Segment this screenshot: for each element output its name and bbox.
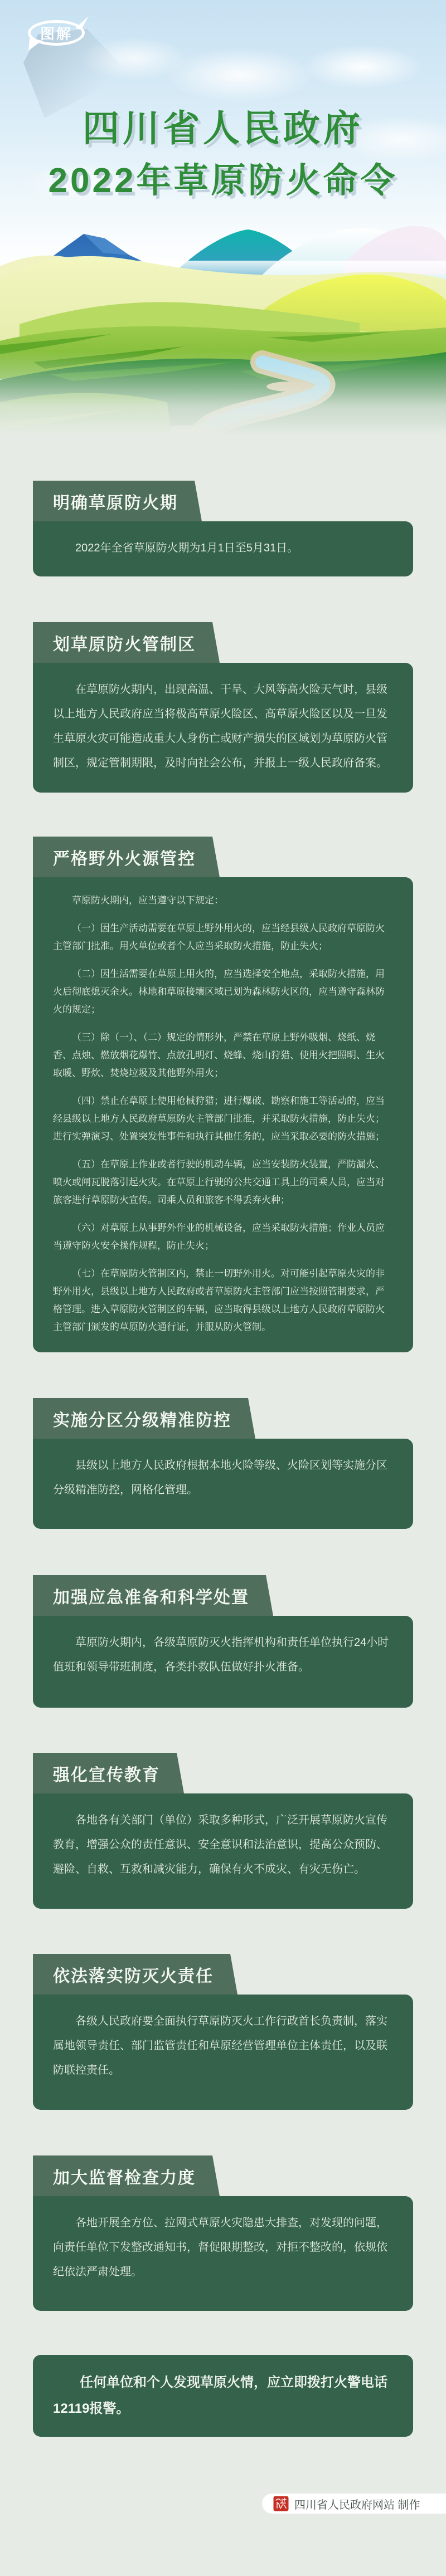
section-2: 划草原防火管制区 在草原防火期内，出现高温、干旱、大风等高火险天气时，县级以上地…	[33, 622, 413, 793]
section-body: 各级人民政府要全面执行草原防灭火工作行政首长负责制，落实属地领导责任、部门监管责…	[33, 1995, 413, 2110]
body-paragraph: 各地开展全方位、拉网式草原火灾隐患大排查，对发现的问题，向责任单位下发整改通知书…	[53, 2211, 391, 2284]
section-header: 加强应急准备和科学处置	[33, 1575, 273, 1616]
poster-page: 图解 四川省人民政府 2022年草原防火命令	[0, 0, 446, 2576]
gov-seal-icon	[273, 2496, 289, 2511]
section-7: 依法落实防灭火责任 各级人民政府要全面执行草原防灭火工作行政首长负责制，落实属地…	[33, 1954, 413, 2110]
body-paragraph: 2022年全省草原防火期为1月1日至5月31日。	[53, 536, 391, 560]
body-paragraph: （四）禁止在草原上使用枪械狩猎；进行爆破、勘察和施工等活动的，应当经县级以上地方…	[53, 1092, 391, 1146]
section-title: 严格野外火源管控	[53, 845, 196, 869]
body-paragraph: （七）在草原防火管制区内，禁止一切野外用火。对可能引起草原火灾的非野外用火，县级…	[53, 1265, 391, 1336]
body-paragraph: 草原防火期内，应当遵守以下规定：	[53, 892, 391, 910]
section-header-wrap: 加强应急准备和科学处置	[33, 1575, 413, 1616]
section-title: 加强应急准备和科学处置	[53, 1583, 249, 1608]
section-8: 加大监督检查力度 各地开展全方位、拉网式草原火灾隐患大排查，对发现的问题，向责任…	[33, 2155, 413, 2311]
section-header-wrap: 划草原防火管制区	[33, 622, 413, 663]
section-body: 草原防火期内，应当遵守以下规定：（一）因生产活动需要在草原上野外用火的，应当经县…	[33, 877, 413, 1352]
section-body: 在草原防火期内，出现高温、干旱、大风等高火险天气时，县级以上地方人民政府应当将极…	[33, 663, 413, 793]
body-paragraph: （六）对草原上从事野外作业的机械设备，应当采取防火措施；作业人员应当遵守防火安全…	[53, 1219, 391, 1255]
body-paragraph: 在草原防火期内，出现高温、干旱、大风等高火险天气时，县级以上地方人民政府应当将极…	[53, 677, 391, 775]
section-5: 加强应急准备和科学处置 草原防火期内，各级草原防灭火指挥机构和责任单位执行24小…	[33, 1575, 413, 1708]
section-header-wrap: 严格野外火源管控	[33, 837, 413, 877]
title-line-2: 2022年草原防火命令	[0, 154, 446, 208]
section-header: 强化宣传教育	[33, 1753, 184, 1793]
body-paragraph: 各地各有关部门（单位）采取多种形式，广泛开展草原防火宣传教育，增强公众的责任意识…	[53, 1808, 391, 1881]
section-header: 划草原防火管制区	[33, 622, 220, 663]
body-paragraph: 各级人民政府要全面执行草原防灭火工作行政首长负责制，落实属地领导责任、部门监管责…	[53, 2009, 391, 2083]
section-1: 明确草原防火期 2022年全省草原防火期为1月1日至5月31日。	[33, 481, 413, 576]
body-paragraph: （一）因生产活动需要在草原上野外用火的，应当经县级人民政府草原防火主管部门批准。…	[53, 920, 391, 955]
landscape-fade	[0, 351, 446, 451]
section-header: 实施分区分级精准防控	[33, 1398, 255, 1439]
section-header-wrap: 强化宣传教育	[33, 1753, 413, 1793]
section-header: 严格野外火源管控	[33, 837, 220, 877]
notice-box: 任何单位和个人发现草原火情，应立即拨打火警电话12119报警。	[33, 2355, 413, 2437]
footer-credit: 四川省人民政府网站 制作	[262, 2494, 446, 2514]
section-header-wrap: 明确草原防火期	[33, 481, 413, 521]
poster-title: 四川省人民政府 2022年草原防火命令	[0, 102, 446, 208]
section-header-wrap: 依法落实防灭火责任	[33, 1954, 413, 1995]
body-paragraph: 县级以上地方人民政府根据本地火险等级、火险区划等实施分区分级精准防控，网格化管理…	[53, 1453, 391, 1502]
section-header: 加大监督检查力度	[33, 2155, 220, 2196]
section-title: 明确草原防火期	[53, 489, 178, 514]
body-paragraph: （三）除（一）、（二）规定的情形外，严禁在草原上野外吸烟、烧纸、烧香、点烛、燃放…	[53, 1029, 391, 1082]
body-paragraph: （五）在草原上作业或者行驶的机动车辆，应当安装防火装置，严防漏火、喷火或闸瓦脱落…	[53, 1156, 391, 1209]
section-body: 县级以上地方人民政府根据本地火险等级、火险区划等实施分区分级精准防控，网格化管理…	[33, 1439, 413, 1529]
section-body: 草原防火期内，各级草原防灭火指挥机构和责任单位执行24小时值班和领导带班制度，各…	[33, 1616, 413, 1708]
body-paragraph: （二）因生活需要在草原上用火的，应当选择安全地点，采取防火措施，用火后彻底熄灭余…	[53, 965, 391, 1019]
section-header: 依法落实防灭火责任	[33, 1954, 237, 1995]
badge-label: 图解	[40, 23, 72, 43]
section-body: 各地各有关部门（单位）采取多种形式，广泛开展草原防火宣传教育，增强公众的责任意识…	[33, 1793, 413, 1909]
section-3: 严格野外火源管控 草原防火期内，应当遵守以下规定：（一）因生产活动需要在草原上野…	[33, 837, 413, 1352]
section-title: 强化宣传教育	[53, 1761, 160, 1786]
section-title: 划草原防火管制区	[53, 630, 196, 655]
section-header-wrap: 加大监督检查力度	[33, 2155, 413, 2196]
section-title: 依法落实防灭火责任	[53, 1962, 214, 1987]
section-title: 实施分区分级精准防控	[53, 1406, 231, 1431]
section-body: 各地开展全方位、拉网式草原火灾隐患大排查，对发现的问题，向责任单位下发整改通知书…	[33, 2196, 413, 2311]
section-body: 2022年全省草原防火期为1月1日至5月31日。	[33, 521, 413, 576]
tujie-badge: 图解	[28, 20, 85, 46]
section-header-wrap: 实施分区分级精准防控	[33, 1398, 413, 1439]
section-6: 强化宣传教育 各地各有关部门（单位）采取多种形式，广泛开展草原防火宣传教育，增强…	[33, 1753, 413, 1909]
footer-text: 四川省人民政府网站 制作	[294, 2496, 420, 2512]
section-title: 加大监督检查力度	[53, 2164, 196, 2188]
title-line-1: 四川省人民政府	[0, 102, 446, 154]
body-paragraph: 草原防火期内，各级草原防灭火指挥机构和责任单位执行24小时值班和领导带班制度，各…	[53, 1630, 391, 1679]
section-header: 明确草原防火期	[33, 481, 202, 521]
notice-text: 任何单位和个人发现草原火情，应立即拨打火警电话12119报警。	[53, 2369, 394, 2422]
section-4: 实施分区分级精准防控 县级以上地方人民政府根据本地火险等级、火险区划等实施分区分…	[33, 1398, 413, 1529]
